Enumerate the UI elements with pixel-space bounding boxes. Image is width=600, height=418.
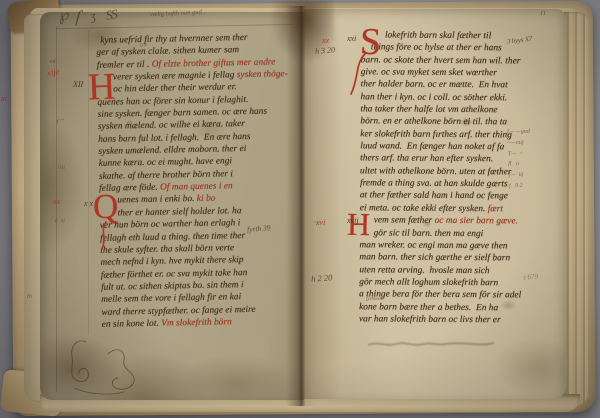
margin-scribble-line: f 9 2 bbox=[509, 181, 532, 193]
manuscript-text-line: ther halder barn. oc er mætte. En hvat bbox=[357, 79, 567, 93]
manuscript-text-line: a thinge bera för ther bera sem för sir … bbox=[355, 288, 565, 302]
manuscript-text-line: thers arf. tha erur han efter sysken. bbox=[356, 153, 566, 167]
pen-trial-flourishes: ℘ſʒSS bbox=[58, 5, 117, 25]
pen-trial-glyph: SS bbox=[105, 6, 119, 24]
manuscript-text-line: at ther fæther sald ham i hand oc fenge bbox=[356, 190, 566, 204]
manuscript-text-line: vem sem fæther oc ma sier barn gæve. bbox=[356, 214, 566, 228]
right-text-column: lokefrith barn skal fæther tilthings för… bbox=[355, 29, 567, 327]
page-edges-right bbox=[564, 12, 588, 406]
margin-scribble-line: f— iij bbox=[508, 170, 531, 182]
manuscript-text-line: man barn. ther sich gærthe er sielf barn bbox=[355, 251, 565, 265]
manuscript-text-line: börn. en er athelkone börn ei til. tha t… bbox=[356, 116, 566, 130]
manuscript-photo: kyns uefrid fir thy at hvernner sem ther… bbox=[0, 0, 600, 418]
left-text-column: kyns uefrid fir thy at hvernner sem ther… bbox=[92, 31, 298, 331]
pen-trial-glyph: ℘ bbox=[56, 5, 71, 26]
initial-Q-left: Q bbox=[93, 191, 118, 223]
initial-S-right: S bbox=[359, 25, 381, 60]
manuscript-text-line: var han slokefrith barn oc livs ther er bbox=[355, 313, 565, 327]
manuscript-text-line: things före oc hylse at ther er hans bbox=[357, 42, 567, 56]
edge-red-mark-1: m bbox=[1, 94, 7, 103]
pen-trial-glyph: ſ bbox=[75, 7, 82, 27]
margin-scribbles-right: f— —gad~—mijT— ~fl of— iijf 9 2 bbox=[507, 127, 532, 193]
margin-scribble-line: fl o bbox=[508, 159, 531, 171]
initial-H-right: H bbox=[347, 210, 371, 239]
margin-scribble-line: T— ~ bbox=[508, 148, 531, 160]
margin-scribble-line: ~—mij bbox=[507, 137, 530, 149]
pen-trial-glyph: ʒ bbox=[89, 8, 97, 25]
margin-scribble-line: f— —gad bbox=[507, 127, 530, 139]
initial-H-left: H bbox=[87, 70, 116, 105]
